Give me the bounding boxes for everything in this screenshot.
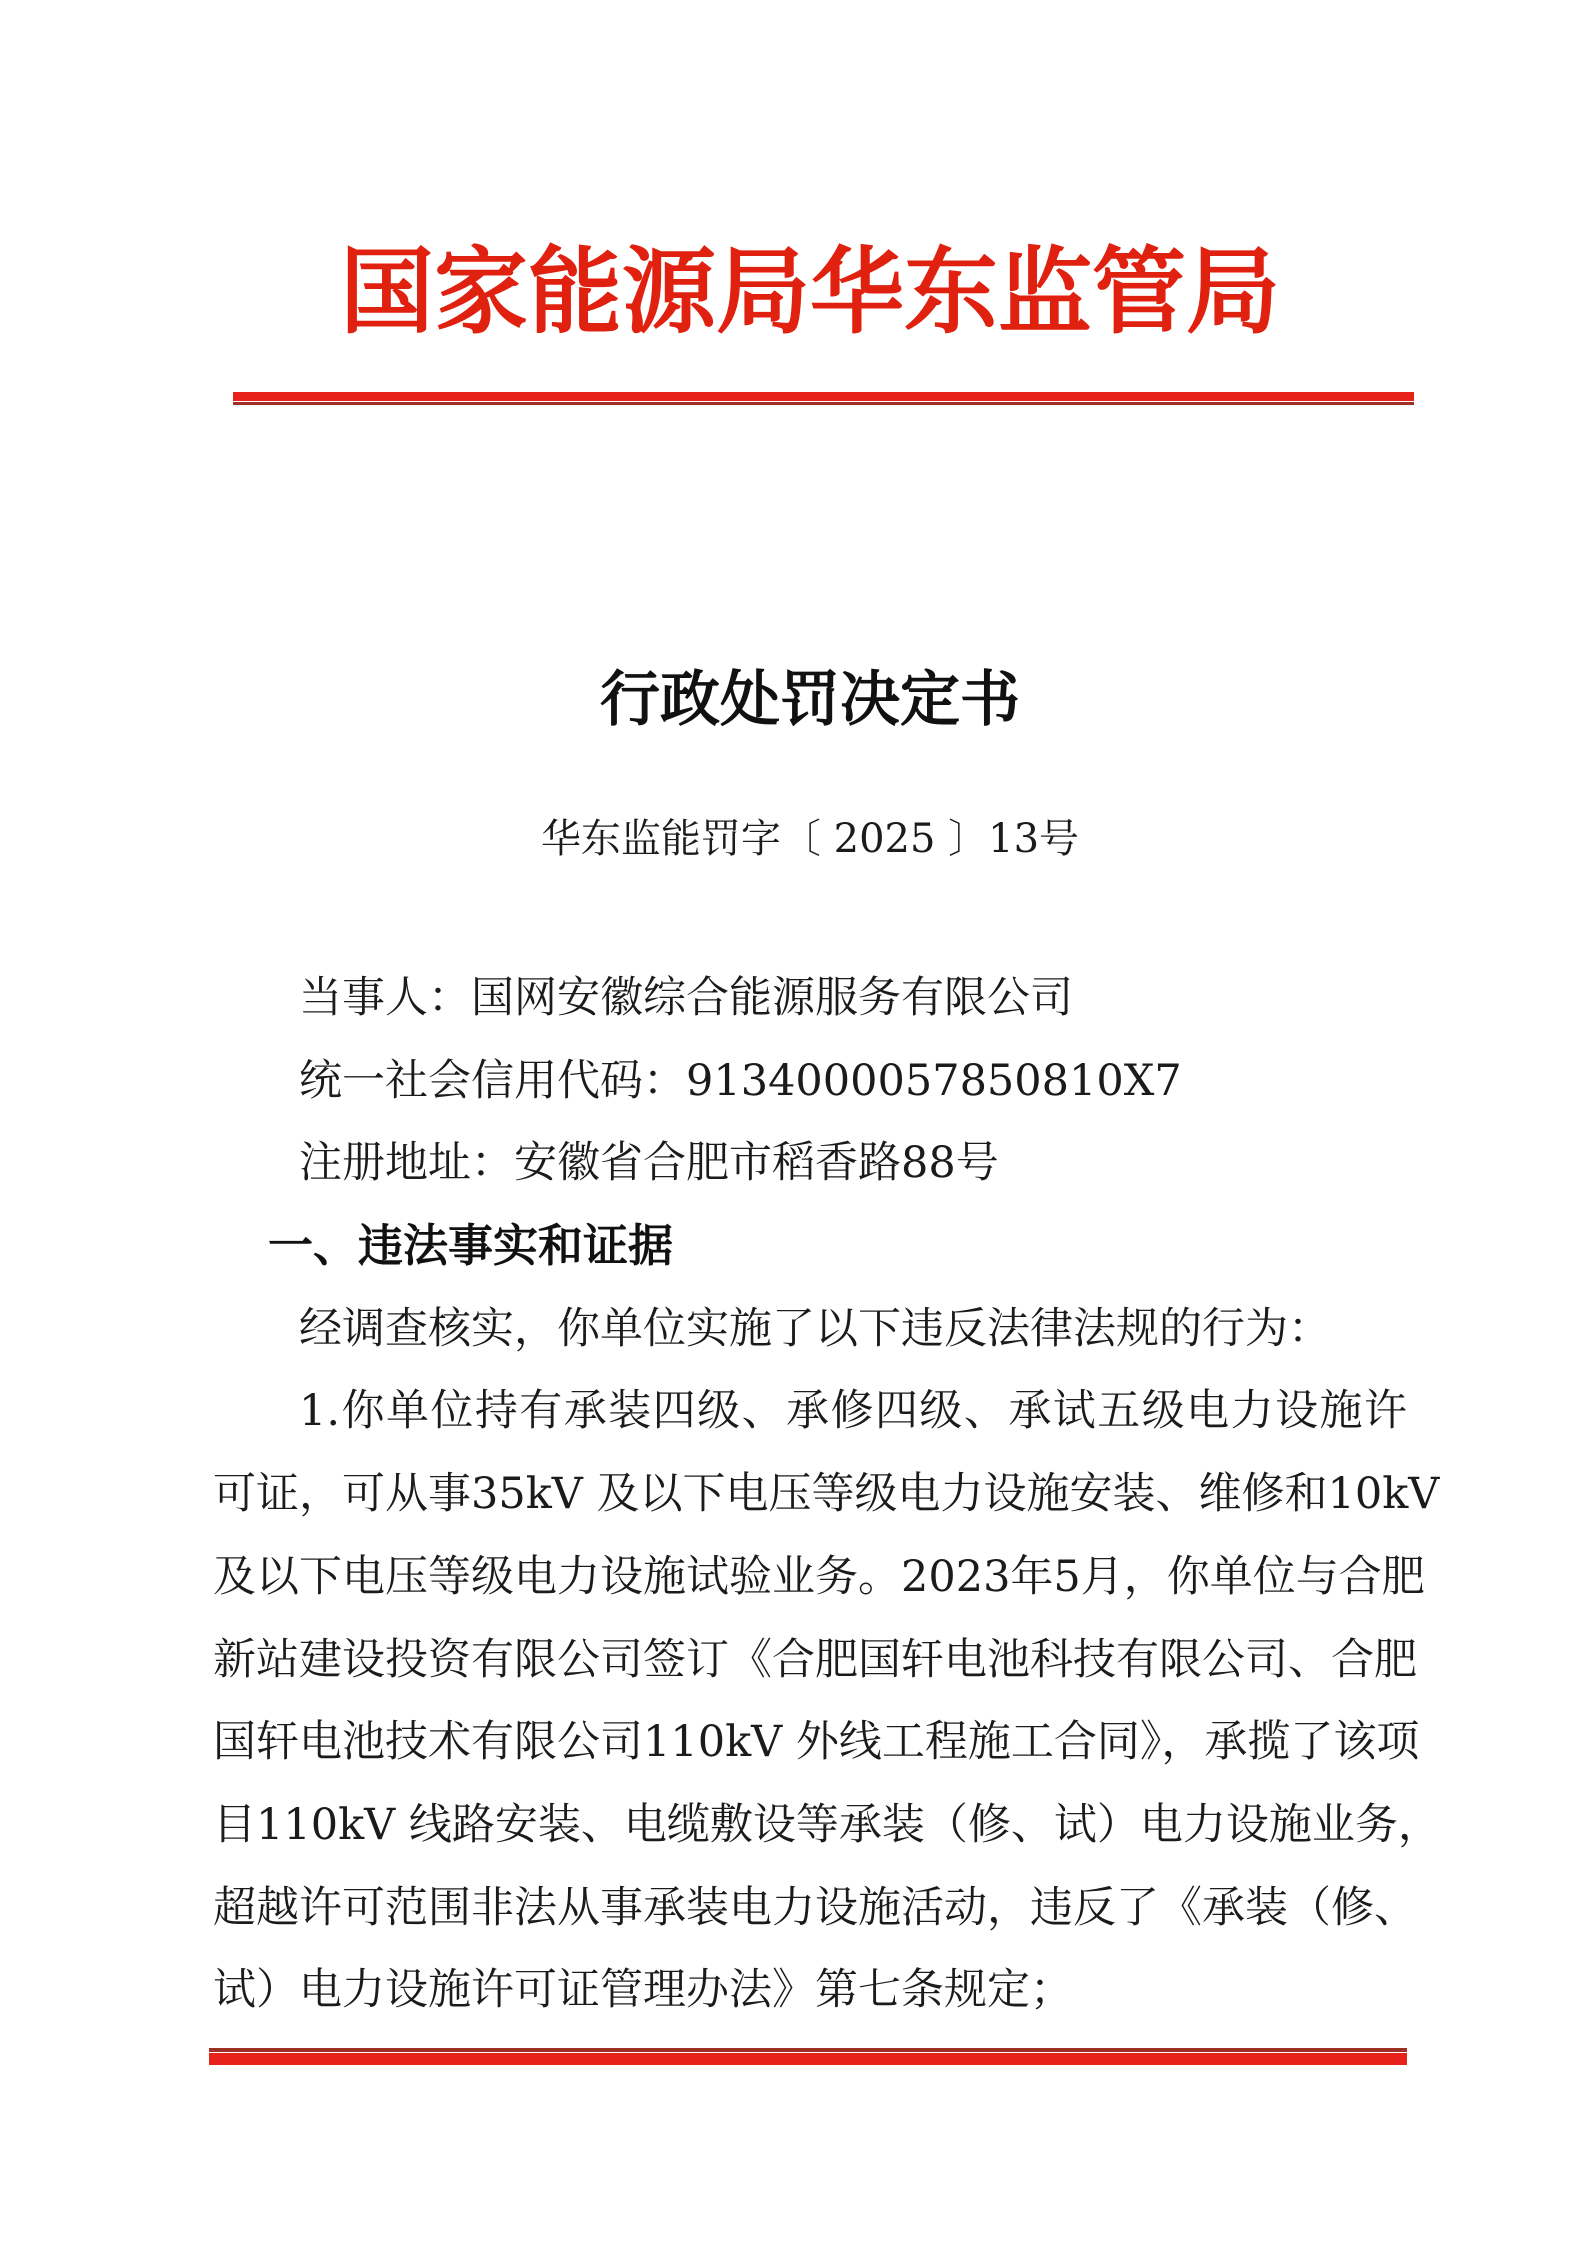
fact-line-6: 目110kV 线路安装、电缆敷设等承装（修、试）电力设施业务， [213,1784,1407,1867]
fact-line-8: 试）电力设施许可证管理办法》第七条规定； [213,1949,1407,2032]
party-line: 当事人：国网安徽综合能源服务有限公司 [213,957,1407,1040]
section-intro-line: 经调查核实，你单位实施了以下违反法律法规的行为： [213,1288,1407,1371]
registered-address-line: 注册地址：安徽省合肥市稻香路88号 [213,1122,1407,1205]
footer-rule-thick-line [209,2053,1407,2065]
footer-double-rule [209,2048,1407,2065]
fact-line-4: 新站建设投资有限公司签订《合肥国轩电池科技有限公司、合肥 [213,1619,1407,1702]
penalty-decision-document: 国家能源局华东监管局 行政处罚决定书 华东监能罚字〔 2025 〕13号 当事人… [0,0,1587,2245]
fact-line-2: 可证，可从事35kV 及以下电压等级电力设施安装、维修和10kV [213,1453,1407,1536]
footer-rule-thin-line [209,2048,1407,2052]
credit-code-line: 统一社会信用代码：9134000057850810X7 [213,1040,1407,1123]
agency-masthead: 国家能源局华东监管局 [213,240,1407,344]
document-body: 当事人：国网安徽综合能源服务有限公司 统一社会信用代码：913400005785… [213,957,1407,2032]
document-title: 行政处罚决定书 [213,663,1407,738]
fact-line-5: 国轩电池技术有限公司110kV 外线工程施工合同》，承揽了该项 [213,1701,1407,1784]
header-rule-thick-line [233,392,1414,401]
fact-line-1: 1.你单位持有承装四级、承修四级、承试五级电力设施许 [213,1370,1407,1453]
section-one-heading: 一、违法事实和证据 [213,1205,1407,1288]
header-rule-thin-line [233,402,1414,405]
header-double-rule [233,392,1414,405]
document-number: 华东监能罚字〔 2025 〕13号 [213,815,1407,863]
fact-line-3: 及以下电压等级电力设施试验业务。2023年5月，你单位与合肥 [213,1536,1407,1619]
fact-line-7: 超越许可范围非法从事承装电力设施活动，违反了《承装（修、 [213,1867,1407,1950]
